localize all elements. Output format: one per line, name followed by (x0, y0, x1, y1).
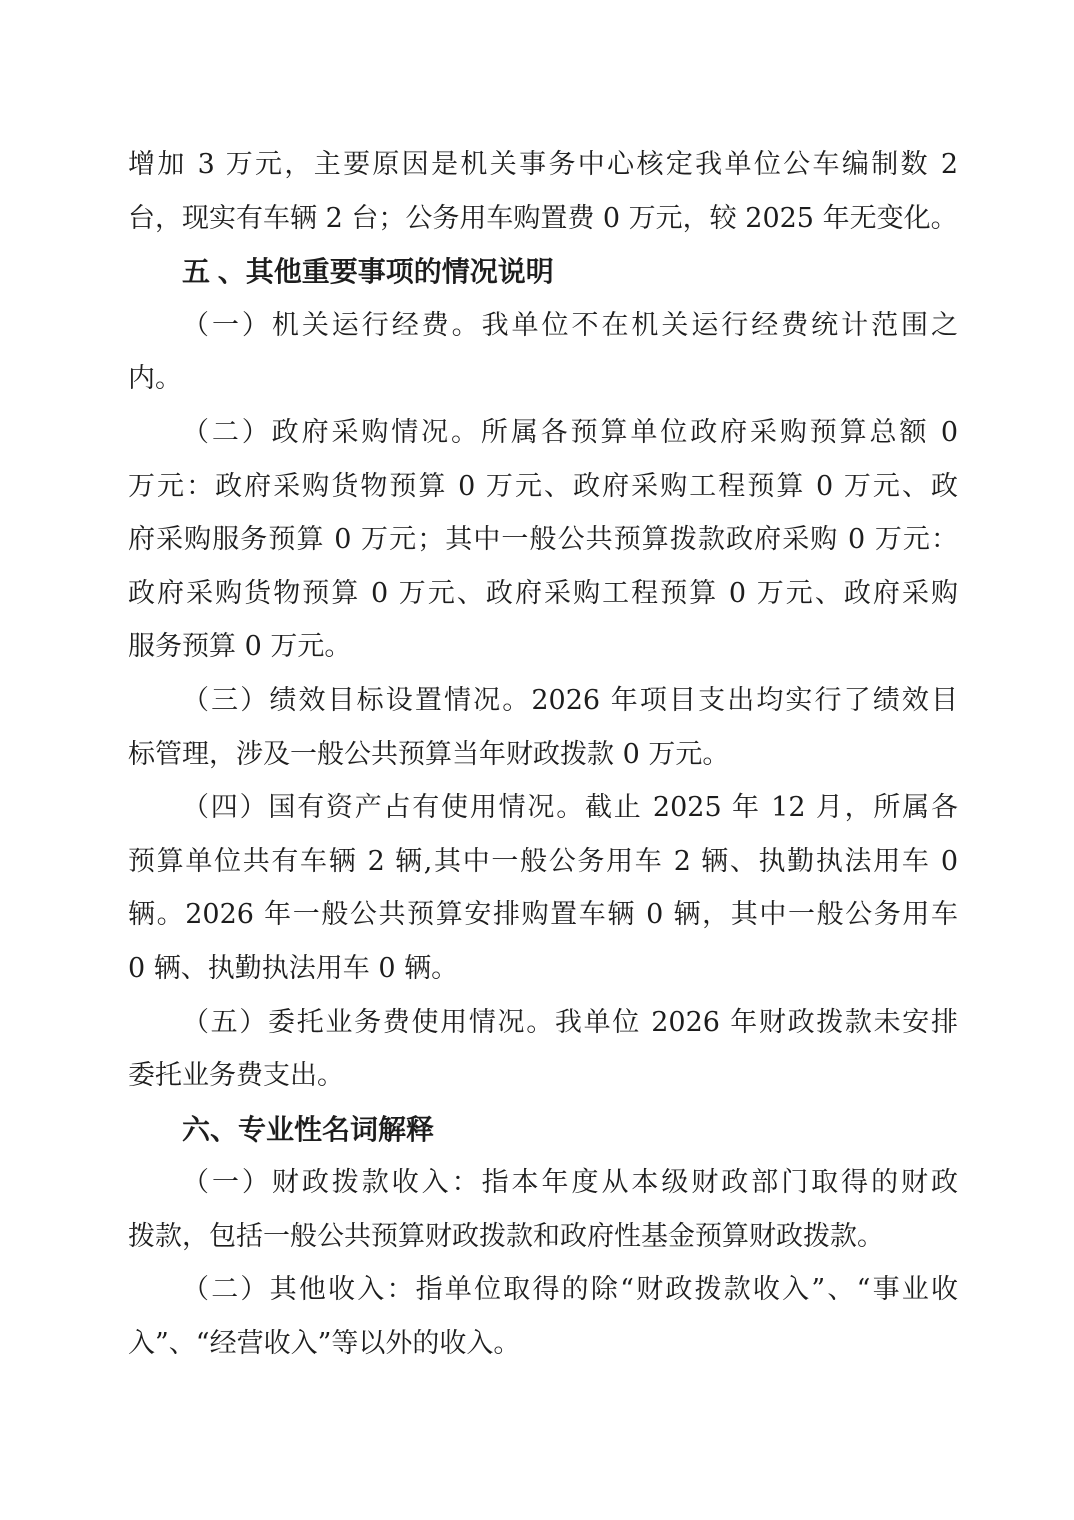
document-page: 增加 3 万元，主要原因是机关事务中心核定我单位公车编制数 2台，现实有车辆 2… (0, 0, 1074, 1520)
text-line: 拨款，包括一般公共预算财政拨款和政府性基金预算财政拨款。 (128, 1210, 958, 1264)
text-line: 六、专业性名词解释 (128, 1103, 958, 1157)
paragraph: （三）绩效目标设置情况。2026 年项目支出均实行了绩效目标管理，涉及一般公共预… (128, 674, 958, 781)
document-body: 增加 3 万元，主要原因是机关事务中心核定我单位公车编制数 2台，现实有车辆 2… (128, 138, 958, 1371)
text-line: 政府采购货物预算 0 万元、政府采购工程预算 0 万元、政府采购 (128, 567, 958, 621)
text-line: （五）委托业务费使用情况。我单位 2026 年财政拨款未安排 (128, 996, 958, 1050)
text-line: 府采购服务预算 0 万元；其中一般公共预算拨款政府采购 0 万元： (128, 513, 958, 567)
text-line: 0 辆、执勤执法用车 0 辆。 (128, 942, 958, 996)
text-line: 台，现实有车辆 2 台；公务用车购置费 0 万元，较 2025 年无变化。 (128, 192, 958, 246)
text-line: 五 、其他重要事项的情况说明 (128, 245, 958, 299)
paragraph: （四）国有资产占有使用情况。截止 2025 年 12 月，所属各预算单位共有车辆… (128, 781, 958, 995)
text-line: 预算单位共有车辆 2 辆,其中一般公务用车 2 辆、执勤执法用车 0 (128, 835, 958, 889)
paragraph: （二）政府采购情况。所属各预算单位政府采购预算总额 0万元：政府采购货物预算 0… (128, 406, 958, 674)
text-line: 辆。2026 年一般公共预算安排购置车辆 0 辆，其中一般公务用车 (128, 888, 958, 942)
text-line: 内。 (128, 352, 958, 406)
text-line: 标管理，涉及一般公共预算当年财政拨款 0 万元。 (128, 728, 958, 782)
text-line: （一）财政拨款收入：指本年度从本级财政部门取得的财政 (128, 1156, 958, 1210)
text-line: （一）机关运行经费。我单位不在机关运行经费统计范围之 (128, 299, 958, 353)
text-line: 万元：政府采购货物预算 0 万元、政府采购工程预算 0 万元、政 (128, 460, 958, 514)
text-line: 入”、“经营收入”等以外的收入。 (128, 1317, 958, 1371)
text-line: 委托业务费支出。 (128, 1049, 958, 1103)
text-line: 增加 3 万元，主要原因是机关事务中心核定我单位公车编制数 2 (128, 138, 958, 192)
paragraph: （一）机关运行经费。我单位不在机关运行经费统计范围之内。 (128, 299, 958, 406)
section-heading: 五 、其他重要事项的情况说明 (128, 245, 958, 299)
text-line: （二）其他收入：指单位取得的除“财政拨款收入”、“事业收 (128, 1263, 958, 1317)
paragraph: （一）财政拨款收入：指本年度从本级财政部门取得的财政拨款，包括一般公共预算财政拨… (128, 1156, 958, 1263)
text-line: 服务预算 0 万元。 (128, 620, 958, 674)
paragraph: 增加 3 万元，主要原因是机关事务中心核定我单位公车编制数 2台，现实有车辆 2… (128, 138, 958, 245)
paragraph: （二）其他收入：指单位取得的除“财政拨款收入”、“事业收入”、“经营收入”等以外… (128, 1263, 958, 1370)
paragraph: （五）委托业务费使用情况。我单位 2026 年财政拨款未安排委托业务费支出。 (128, 996, 958, 1103)
section-heading: 六、专业性名词解释 (128, 1103, 958, 1157)
text-line: （三）绩效目标设置情况。2026 年项目支出均实行了绩效目 (128, 674, 958, 728)
text-line: （四）国有资产占有使用情况。截止 2025 年 12 月，所属各 (128, 781, 958, 835)
text-line: （二）政府采购情况。所属各预算单位政府采购预算总额 0 (128, 406, 958, 460)
